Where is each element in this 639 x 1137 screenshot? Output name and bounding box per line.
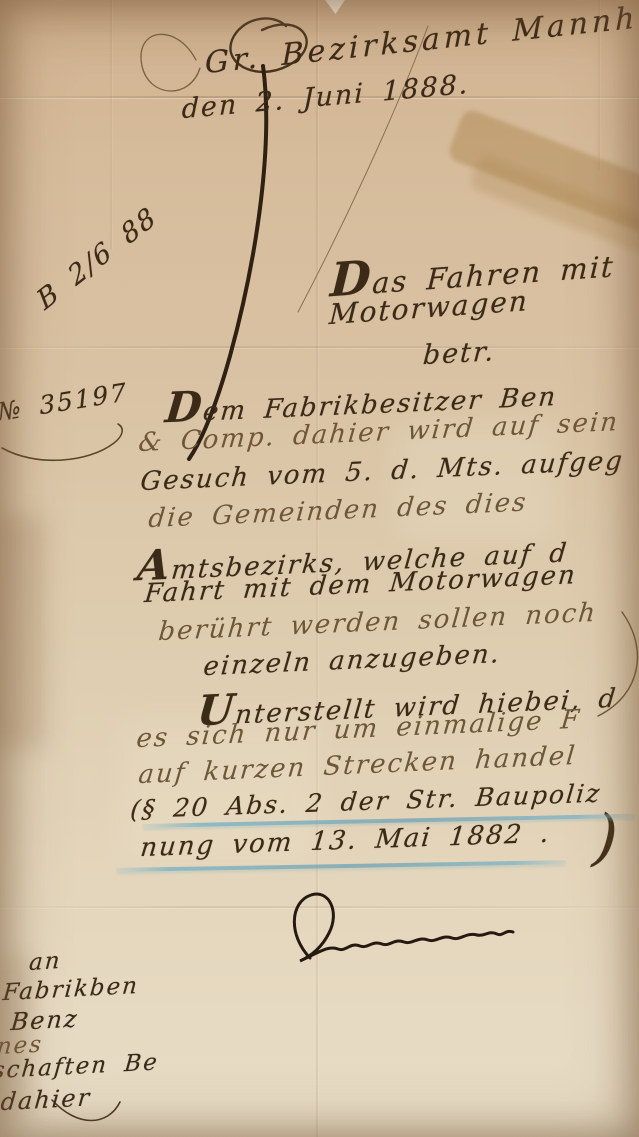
paper-tear-notch	[322, 0, 348, 14]
file-number-swash	[2, 424, 122, 460]
fold-line-vertical-left	[110, 0, 112, 250]
header-office-line: Gr. Bezirksamt Mannh	[205, 0, 638, 81]
footer-note-line: dahier	[0, 1083, 92, 1116]
tape-stain	[446, 107, 639, 243]
fold-line-middle	[0, 346, 639, 348]
paraph-loop-light	[141, 34, 200, 91]
footer-note-line: Benz	[10, 1004, 80, 1036]
edge-stain-left	[0, 515, 46, 750]
subject-line-3: betr.	[422, 336, 497, 371]
footer-note-line: an	[28, 948, 62, 976]
footer-note-line: Fabrikben	[2, 973, 140, 1006]
signature	[294, 894, 513, 961]
body-line: nung vom 13. Mai 1882 .	[139, 819, 552, 863]
letter-page: Gr. Bezirksamt Mannh den 2. Juni 1888. B…	[0, 0, 639, 1137]
closing-paren: )	[591, 800, 620, 875]
margin-diagonal-note: B 2/6 88	[32, 201, 163, 317]
margin-file-number: № 35197	[0, 377, 129, 427]
blue-underline-2	[116, 860, 566, 872]
fold-line-bottom	[0, 906, 639, 908]
